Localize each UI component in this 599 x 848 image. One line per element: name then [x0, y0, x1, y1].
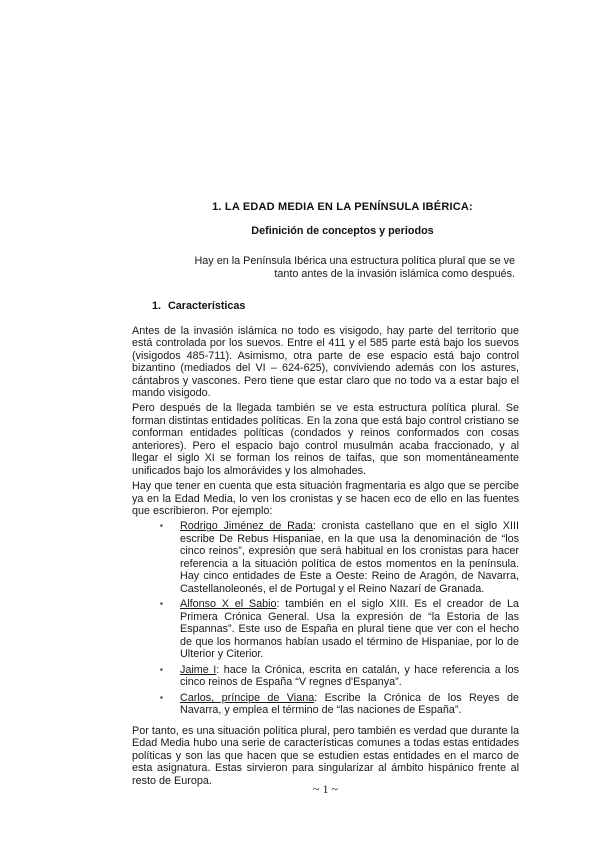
page-number: ~ 1 ~	[132, 783, 519, 796]
closing-paragraph: Por tanto, es una situación política plu…	[132, 725, 519, 788]
bullet-term: Alfonso X el Sabio	[180, 598, 277, 610]
quote-line: Hay en la Península Ibérica una estructu…	[132, 255, 515, 268]
bullet-item: ▪Carlos, príncipe de Viana: Escribe la C…	[132, 692, 519, 717]
doc-subtitle: Definición de conceptos y periodos	[132, 225, 519, 238]
section-label: Características	[168, 300, 245, 312]
bullet-item: ▪Jaime I: hace la Crónica, escrita en ca…	[132, 664, 519, 689]
bullet-square-icon: ▪	[160, 598, 163, 611]
intro-quote: Hay en la Península Ibérica una estructu…	[132, 255, 519, 280]
bullet-term: Rodrigo Jiménez de Rada	[180, 520, 313, 532]
chronicler-bullet-list: ▪Rodrigo Jiménez de Rada: cronista caste…	[132, 520, 519, 717]
bullet-square-icon: ▪	[160, 664, 163, 677]
bullet-item: ▪Rodrigo Jiménez de Rada: cronista caste…	[132, 520, 519, 595]
bullet-square-icon: ▪	[160, 692, 163, 705]
section-heading: 1.Características	[132, 300, 519, 313]
document-page: 1. LA EDAD MEDIA EN LA PENÍNSULA IBÉRICA…	[0, 0, 599, 848]
bullet-term: Jaime I	[180, 664, 216, 676]
bullet-text: : hace la Crónica, escrita en catalán, y…	[180, 664, 519, 689]
paragraph: Pero después de la llegada también se ve…	[132, 402, 519, 477]
bullet-square-icon: ▪	[160, 520, 163, 533]
bullet-term: Carlos, príncipe de Viana	[180, 692, 314, 704]
paragraph: Antes de la invasión islámica no todo es…	[132, 325, 519, 400]
section-number: 1.	[152, 300, 168, 313]
paragraph: Hay que tener en cuenta que esta situaci…	[132, 480, 519, 518]
bullet-item: ▪Alfonso X el Sabio: también en el siglo…	[132, 598, 519, 661]
doc-title: 1. LA EDAD MEDIA EN LA PENÍNSULA IBÉRICA…	[132, 201, 519, 214]
quote-line: tanto antes de la invasión islámica como…	[132, 268, 515, 281]
document-content: 1. LA EDAD MEDIA EN LA PENÍNSULA IBÉRICA…	[132, 0, 519, 790]
